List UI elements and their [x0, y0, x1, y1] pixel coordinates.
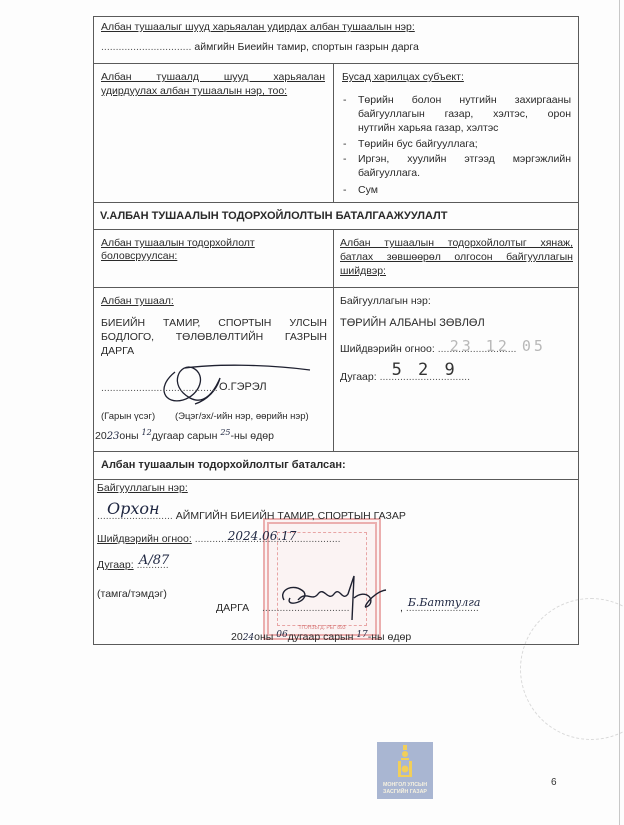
- approved-org-label: Байгууллагын нэр:: [97, 481, 188, 495]
- bullet-dash: -: [343, 183, 347, 197]
- bullet-dash: -: [343, 137, 347, 151]
- approved-org: ..........................Орхон АЙМГИЙН …: [97, 509, 406, 523]
- decision-number: Дугаар: ...............................5…: [340, 370, 470, 384]
- approved-title: Албан тушаалын тодорхойлолтыг баталсан:: [101, 458, 346, 472]
- date-year-suffix: оны: [254, 631, 273, 643]
- prepared-date: 2023оны 12дугаар сарын 25-ны өдөр: [95, 429, 274, 444]
- section-v-title: V.АЛБАН ТУШААЛЫН ТОДОРХОЙЛОЛТЫН БАТАЛГАА…: [100, 209, 447, 223]
- prepared-label-line2: боловсруулсан:: [101, 249, 177, 263]
- number-value: 5 2 9: [392, 363, 458, 377]
- decision-date-label: Шийдвэрийн огноо:: [340, 343, 435, 355]
- date-month-suffix: дугаар сарын: [152, 430, 218, 442]
- government-logo: МОНГОЛ УЛСЫН ЗАСГИЙН ГАЗАР: [377, 742, 433, 799]
- date-day-suffix: -ны өдөр: [231, 430, 274, 442]
- row-divider: [93, 202, 579, 203]
- approved-decision-date: Шийдвэрийн огноо: ......................…: [97, 532, 341, 546]
- position-label: Албан тушаал:: [101, 294, 174, 308]
- supervisor-label: Албан тушаалыг шууд харьяалан удирдах ал…: [101, 20, 415, 34]
- row-divider: [93, 287, 579, 288]
- date-prefix: 20: [231, 631, 243, 643]
- date-prefix: 20: [95, 430, 107, 442]
- approval-label-line3: шийдвэр:: [340, 264, 386, 278]
- approved-date-field: ........................................…: [195, 533, 341, 545]
- prepared-label-line1: Албан тушаалын тодорхойлолт: [101, 236, 255, 250]
- subordinates-label-line1: Албан тушаалд шууд харьяалан: [101, 70, 325, 84]
- list-item: байгууллагын газар, хэлтэс, орон: [358, 107, 571, 121]
- approved-number-label: Дугаар:: [97, 559, 134, 571]
- approved-date: 2024оны 06дугаар сарын 17-ны өдөр: [231, 630, 411, 645]
- row-divider: [93, 479, 579, 480]
- approved-number: Дугаар: ...........А/87: [97, 558, 169, 572]
- approver-name-field: , .........................Б.Баттулга: [400, 601, 479, 615]
- other-parties-label: Бусад харилцах субъект:: [342, 70, 464, 84]
- subordinates-label-line2: удирдуулах албан тушаалын нэр, тоо:: [101, 84, 287, 98]
- date-day: 25: [220, 428, 230, 437]
- column-divider: [333, 63, 334, 202]
- decision-date-field: ...........................23 12 05: [438, 343, 517, 355]
- approved-date-label: Шийдвэрийн огноо:: [97, 533, 192, 545]
- bullet-dash: -: [343, 152, 347, 166]
- date-year: 23: [107, 431, 120, 442]
- org-fill: ..........................Орхон: [97, 510, 173, 522]
- org-label: Байгууллагын нэр:: [340, 294, 431, 308]
- approval-label-line2: батлах зөвшөөрөл олгосон байгууллагын: [340, 250, 573, 264]
- date-year: 24: [243, 633, 254, 643]
- row-divider: [93, 451, 579, 452]
- org-value: ТӨРИЙН АЛБАНЫ ЗӨВЛӨЛ: [340, 316, 485, 330]
- supervisor-name: аймгийн Биеийн тамир, спортын газрын дар…: [194, 41, 418, 53]
- page-number: 6: [551, 777, 557, 788]
- date-year-suffix: оны: [119, 430, 138, 442]
- date-month: 06: [276, 630, 287, 640]
- position-value-line3: ДАРГА: [101, 344, 134, 358]
- date-day: 17: [356, 630, 367, 640]
- position-value-line2: БОДЛОГО, ТӨЛӨВЛӨЛТИЙН ГАЗРЫН: [101, 330, 327, 344]
- name-caption: (Эцэг/эх/-ийн нэр, өөрийн нэр): [175, 410, 309, 424]
- list-item: байгууллага.: [358, 166, 420, 180]
- list-item: нутгийн харьяа газар, хэлтэс: [358, 121, 498, 135]
- list-item: Төрийн бус байгууллага;: [358, 137, 478, 151]
- approved-number-field: ...........А/87: [137, 559, 169, 571]
- list-item: Иргэн, хуулийн этгээд мэргэжлийн: [358, 152, 571, 166]
- decision-date: Шийдвэрийн огноо: ......................…: [340, 342, 516, 356]
- approved-date-value: 2024.06.17: [228, 529, 297, 543]
- list-item: Төрийн болон нутгийн захиргааны: [358, 93, 571, 107]
- date-month: 12: [142, 428, 152, 437]
- approved-org-value: АЙМГИЙН БИЕИЙН ТАМИР, СПОРТЫН ГАЗАР: [176, 510, 406, 522]
- number-label: Дугаар:: [340, 371, 377, 383]
- decision-date-value: 23 12 05: [450, 339, 546, 353]
- row-divider: [93, 63, 579, 64]
- approver-name-hand: Б.Баттулга: [408, 596, 481, 610]
- signer-name: О.ГЭРЭЛ: [219, 380, 267, 394]
- list-item: Сум: [358, 183, 378, 197]
- logo-line2: ЗАСГИЙН ГАЗАР: [377, 789, 433, 796]
- bullet-dash: -: [343, 93, 347, 107]
- approved-number-value: А/87: [139, 554, 170, 568]
- org-hand: Орхон: [107, 502, 160, 516]
- number-field: ...............................5 2 9: [380, 371, 470, 383]
- approver-role: ДАРГА: [216, 601, 249, 615]
- approval-label-line1: Албан тушаалын тодорхойлолтыг хянаж,: [340, 236, 573, 250]
- column-divider: [333, 229, 334, 451]
- soyombo-icon: [397, 745, 413, 779]
- date-day-suffix: -ны өдөр: [368, 631, 411, 643]
- logo-line1: МОНГОЛ УЛСЫН: [377, 782, 433, 789]
- fill-dots: ...............................: [101, 41, 191, 53]
- signature-line: ........................................: [101, 381, 218, 395]
- seal-label: (тамга/тэмдэг): [97, 587, 167, 601]
- date-month-suffix: дугаар сарын: [288, 631, 354, 643]
- signature-caption: (Гарын үсэг): [101, 410, 155, 424]
- supervisor-value: ............................... аймгийн …: [101, 40, 419, 54]
- row-divider: [93, 229, 579, 230]
- position-value-line1: БИЕИЙН ТАМИР, СПОРТЫН УЛСЫН: [101, 316, 327, 330]
- approver-signature-icon: [276, 572, 396, 622]
